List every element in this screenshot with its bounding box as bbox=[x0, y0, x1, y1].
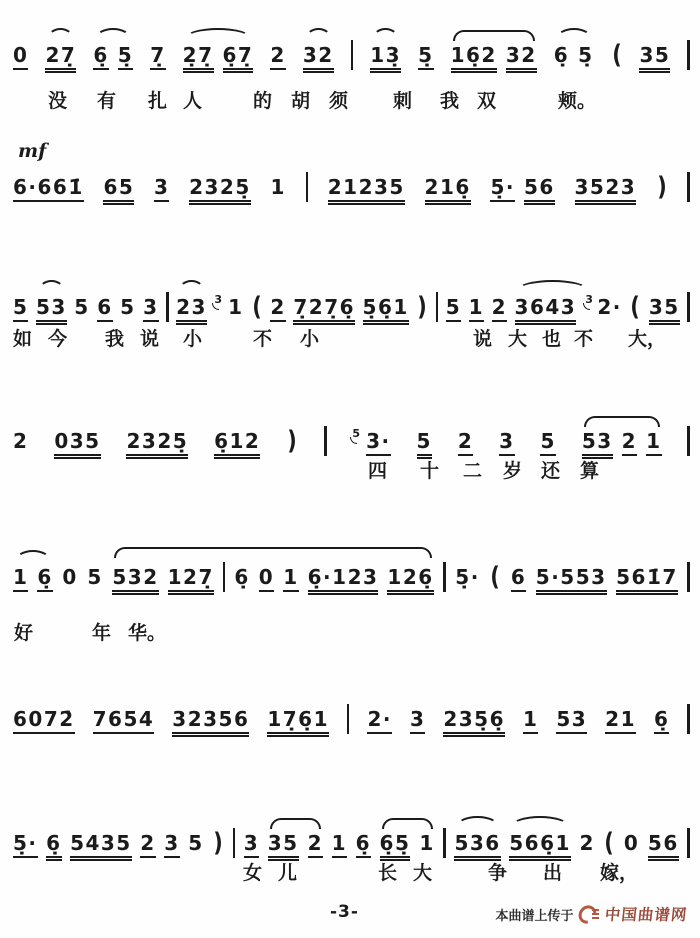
lyrics-line-1: 没有扎人的胡须刺我双颊。 bbox=[0, 86, 700, 112]
slur-group: 536 bbox=[454, 833, 500, 858]
note-group: 6̣ bbox=[356, 833, 371, 858]
note-token: 53 bbox=[556, 709, 587, 734]
note-group: 2 bbox=[492, 297, 507, 322]
note-group: ) bbox=[416, 294, 428, 322]
lyrics-line-4: 四十二岁还算 bbox=[0, 456, 700, 482]
note-token: 126̣ bbox=[387, 567, 433, 592]
note-token: 5̣ bbox=[578, 45, 593, 70]
note-token: 1 bbox=[419, 833, 434, 858]
note-group: 21235 bbox=[328, 177, 405, 202]
slur-group: 23 bbox=[176, 297, 207, 322]
barline bbox=[687, 40, 690, 70]
note-group: 7654 bbox=[93, 709, 155, 734]
lyric-char: 大 bbox=[413, 858, 432, 885]
note-token: 566̣1 bbox=[509, 833, 571, 858]
note-group: ( bbox=[489, 564, 501, 592]
note-token: 2· bbox=[367, 709, 392, 734]
note-group: 3 bbox=[499, 431, 514, 456]
note-group: 2 bbox=[458, 431, 473, 456]
lyric-char: 岁 bbox=[503, 456, 522, 483]
note-group: ( bbox=[603, 830, 615, 858]
music-line-5: 16̣05532127̣6̣016̣·123126̣5̣·(65·553561̇… bbox=[13, 560, 690, 592]
slur-group: 16̣232 bbox=[451, 45, 537, 70]
note-group: ) bbox=[656, 174, 668, 202]
note-token: 127̣ bbox=[168, 567, 214, 592]
lyric-char: 不 bbox=[574, 324, 593, 351]
note-token: 32 bbox=[303, 45, 334, 70]
note-group: 5 bbox=[540, 431, 555, 456]
slur-group: 6̣5̣1 bbox=[380, 833, 435, 858]
note-group: 561̇7 bbox=[616, 567, 678, 592]
lyric-char: 我 bbox=[440, 86, 459, 113]
note-group: 32356 bbox=[172, 709, 249, 734]
note-token: 035 bbox=[54, 431, 100, 456]
note-token: 5 bbox=[540, 431, 555, 456]
note-token: 235̣6̣ bbox=[443, 709, 505, 734]
note-token: 6̣12 bbox=[214, 431, 260, 456]
barline bbox=[324, 426, 327, 456]
parenthesis: ( bbox=[605, 830, 615, 858]
slur-group: 13̣ bbox=[370, 45, 401, 70]
music-line-4: 20352325̣6̣12)53·52355321 bbox=[13, 424, 690, 456]
parenthesis: ) bbox=[657, 174, 667, 202]
note-token: 3 bbox=[244, 833, 259, 858]
note-token: 6̣5̣ bbox=[380, 833, 411, 858]
lyric-char: 说 bbox=[473, 324, 492, 351]
grace-note: 5 bbox=[352, 427, 360, 440]
note-token: 3 bbox=[143, 297, 158, 322]
note-token: 27̣ bbox=[45, 45, 76, 70]
slur-group: 5321 bbox=[582, 431, 662, 456]
lyric-char: 扎 bbox=[148, 86, 167, 113]
note-group: 2325̣ bbox=[189, 177, 251, 202]
note-group: 0 bbox=[13, 45, 28, 70]
note-group: 1 bbox=[270, 177, 285, 202]
lyric-char: 四 bbox=[368, 456, 387, 483]
note-group: 6̣12 bbox=[214, 431, 260, 456]
lyric-char: 颊。 bbox=[558, 86, 596, 113]
slur-group: 352 bbox=[268, 833, 323, 858]
note-group bbox=[687, 426, 690, 456]
note-group bbox=[233, 828, 236, 858]
note-group bbox=[324, 426, 327, 456]
note-token: 3 bbox=[499, 431, 514, 456]
note-token: 7̣27̣6̣ bbox=[293, 297, 355, 322]
slur-group: 2̣7̣6̣7̣ bbox=[183, 45, 254, 70]
lyric-char: 也 bbox=[542, 324, 561, 351]
note-group: 2· bbox=[367, 709, 392, 734]
note-group: 17̣6̣1 bbox=[267, 709, 329, 734]
barline bbox=[687, 292, 690, 322]
lyrics-line-3: 如今我说小不小说大也不大， bbox=[0, 324, 700, 350]
slur-group: 16̣ bbox=[13, 567, 53, 592]
note-token: 16̣2 bbox=[451, 45, 497, 70]
note-group: 5435 bbox=[70, 833, 132, 858]
lyric-char: 小 bbox=[300, 324, 319, 351]
note-group: 2· bbox=[597, 297, 622, 322]
note-group: 53 bbox=[556, 709, 587, 734]
parenthesis: ) bbox=[213, 830, 223, 858]
note-group bbox=[687, 704, 690, 734]
note-token: 6̣ bbox=[234, 567, 249, 592]
parenthesis: ( bbox=[252, 294, 262, 322]
note-group: ( bbox=[611, 42, 623, 70]
slur-group: 566̣1 bbox=[509, 833, 571, 858]
note-token: 21235 bbox=[328, 177, 405, 202]
note-group bbox=[306, 172, 309, 202]
logo-c-shape bbox=[575, 901, 600, 926]
note-group: ( bbox=[629, 294, 641, 322]
lyric-char: 大， bbox=[628, 324, 666, 351]
slur-group: 27̣ bbox=[45, 45, 76, 70]
note-group: 31 bbox=[214, 297, 243, 322]
note-token: 5 bbox=[13, 297, 28, 322]
slur-group: 36433 bbox=[515, 297, 590, 322]
note-token: 3 bbox=[164, 833, 179, 858]
lyric-char: 二 bbox=[463, 456, 482, 483]
note-token: 3· bbox=[366, 431, 391, 456]
note-group bbox=[687, 562, 690, 592]
note-token: 6072̇ bbox=[13, 709, 75, 734]
note-group: 2 bbox=[13, 431, 28, 456]
note-token: 1 bbox=[283, 567, 298, 592]
parenthesis: ) bbox=[287, 428, 297, 456]
note-token: 23 bbox=[176, 297, 207, 322]
note-token: 6 bbox=[511, 567, 526, 592]
note-group: 3 bbox=[164, 833, 179, 858]
lyric-char: 如 bbox=[13, 324, 32, 351]
lyric-char: 刺 bbox=[393, 86, 412, 113]
note-token: 5 bbox=[74, 297, 89, 322]
note-group bbox=[443, 562, 446, 592]
slur-group: 6̣5̣ bbox=[554, 45, 594, 70]
note-token: 32356 bbox=[172, 709, 249, 734]
lyric-char: 说 bbox=[140, 324, 159, 351]
note-token: 1 bbox=[270, 177, 285, 202]
note-token: 2 bbox=[308, 833, 323, 858]
note-token: 2̣7̣ bbox=[183, 45, 214, 70]
note-token: 56 bbox=[648, 833, 679, 858]
slur-group: 32 bbox=[303, 45, 334, 70]
note-token: 3523 bbox=[575, 177, 637, 202]
watermark-site-name: 中国曲谱网 bbox=[604, 903, 689, 925]
note-token: 53 bbox=[36, 297, 67, 322]
note-group: 5 bbox=[120, 297, 135, 322]
note-token: 6̣ bbox=[37, 567, 52, 592]
note-token: 3 bbox=[154, 177, 169, 202]
note-group: 5 bbox=[446, 297, 461, 322]
slur-group: 53 bbox=[36, 297, 67, 322]
barline bbox=[687, 426, 690, 456]
barline bbox=[687, 828, 690, 858]
music-line-6: 6072̇76543235617̣6̣12·3235̣6̣153216̣ bbox=[13, 702, 690, 734]
note-token: 5 bbox=[87, 567, 102, 592]
lyric-char: 嫁， bbox=[600, 858, 638, 885]
lyric-char: 年 bbox=[92, 618, 111, 645]
music-line-7: 5̣·6̣5435235)335216̣6̣5̣1536566̣12(056 bbox=[13, 826, 690, 858]
note-token: 5̣· bbox=[490, 177, 515, 202]
note-group: 2 bbox=[270, 45, 285, 70]
note-token: 2 bbox=[458, 431, 473, 456]
note-group: 6072̇ bbox=[13, 709, 75, 734]
barline bbox=[687, 704, 690, 734]
note-token: 5435 bbox=[70, 833, 132, 858]
note-token: 6̣ bbox=[356, 833, 371, 858]
note-group: 5·553 bbox=[536, 567, 607, 592]
note-group: 35 bbox=[639, 45, 670, 70]
lyric-char: 人 bbox=[183, 86, 202, 113]
watermark: 本曲谱上传于 中国曲谱网 bbox=[495, 903, 688, 925]
note-token: 1 bbox=[523, 709, 538, 734]
note-group: ) bbox=[212, 830, 224, 858]
note-group: 3523 bbox=[575, 177, 637, 202]
note-group: 5 bbox=[87, 567, 102, 592]
note-token: 6̣ bbox=[654, 709, 669, 734]
note-group: 035 bbox=[54, 431, 100, 456]
note-token: 65 bbox=[103, 177, 134, 202]
watermark-text: 本曲谱上传于 bbox=[495, 905, 573, 924]
note-group: 5 bbox=[417, 431, 432, 456]
note-group: 6·661̇ bbox=[13, 177, 84, 202]
sheet-music-page: mf 027̣6̣5̣7̣2̣7̣6̣7̣23213̣5̣16̣2326̣5̣(… bbox=[0, 0, 700, 938]
note-group bbox=[166, 292, 169, 322]
note-token: 2 bbox=[492, 297, 507, 322]
page-number: -3- bbox=[330, 902, 359, 922]
note-token: 3643 bbox=[515, 297, 577, 322]
note-group bbox=[687, 172, 690, 202]
barline bbox=[436, 292, 439, 322]
note-group: 7̣27̣6̣ bbox=[293, 297, 355, 322]
note-token: 2 bbox=[622, 431, 637, 456]
note-token: 0 bbox=[624, 833, 639, 858]
note-group: 56 bbox=[648, 833, 679, 858]
music-line-3: 55356532331(27̣27̣6̣5̣6̣1)512364332·(35 bbox=[13, 290, 690, 322]
note-group: 1 bbox=[469, 297, 484, 322]
note-token: 6̣ bbox=[46, 833, 61, 858]
lyric-char: 大 bbox=[508, 324, 527, 351]
note-group: 3 bbox=[244, 833, 259, 858]
barline bbox=[306, 172, 309, 202]
music-line-2: 6·661̇6532325̣121235216̣5̣·563523) bbox=[13, 170, 690, 202]
note-token: 5̣· bbox=[455, 567, 480, 592]
note-group: 2325̣ bbox=[126, 431, 188, 456]
note-group: 6 bbox=[511, 567, 526, 592]
note-token: 532 bbox=[112, 567, 158, 592]
note-group: 5̣· bbox=[455, 567, 480, 592]
note-token: 7̣ bbox=[150, 45, 165, 70]
note-group: 3 bbox=[143, 297, 158, 322]
note-token: 5̣ bbox=[418, 45, 433, 70]
note-token: 5 bbox=[120, 297, 135, 322]
barline bbox=[687, 172, 690, 202]
barline bbox=[223, 562, 226, 592]
note-token: 1 bbox=[228, 297, 243, 322]
parenthesis: ( bbox=[612, 42, 622, 70]
note-token: 6̣·123 bbox=[308, 567, 379, 592]
lyric-char: 争 bbox=[488, 858, 507, 885]
note-group: 5 bbox=[13, 297, 28, 322]
note-token: 2· bbox=[597, 297, 622, 322]
note-token: 17̣6̣1 bbox=[267, 709, 329, 734]
lyric-char: 好 bbox=[14, 618, 33, 645]
note-group: 7̣ bbox=[150, 45, 165, 70]
music-site-logo-icon bbox=[579, 905, 599, 924]
note-group: ( bbox=[251, 294, 263, 322]
slur-group: 6̣5̣ bbox=[93, 45, 133, 70]
note-group: 6̣ bbox=[46, 833, 61, 858]
lyrics-line-7: 女儿长大争出嫁， bbox=[0, 858, 700, 884]
lyric-char: 华。 bbox=[128, 618, 166, 645]
note-token: 6·661̇ bbox=[13, 177, 84, 202]
note-group bbox=[443, 828, 446, 858]
barline bbox=[351, 40, 354, 70]
note-token: 35 bbox=[639, 45, 670, 70]
note-token: 0 bbox=[62, 567, 77, 592]
note-token: 7654 bbox=[93, 709, 155, 734]
note-group: 0 bbox=[624, 833, 639, 858]
note-group: 1 bbox=[332, 833, 347, 858]
slur-group: 532127̣6̣016̣·123126̣ bbox=[112, 562, 433, 592]
note-group bbox=[436, 292, 439, 322]
note-token: 2 bbox=[270, 297, 285, 322]
note-token: 5̣ bbox=[118, 45, 133, 70]
note-token: 6̣ bbox=[554, 45, 569, 70]
note-group bbox=[687, 292, 690, 322]
parenthesis: ) bbox=[418, 294, 428, 322]
note-token: 2 bbox=[579, 833, 594, 858]
lyric-char: 算 bbox=[580, 456, 599, 483]
note-group: 5 bbox=[188, 833, 203, 858]
parenthesis: ( bbox=[491, 564, 501, 592]
note-token: 2 bbox=[270, 45, 285, 70]
note-token: 5̣· bbox=[13, 833, 38, 858]
note-token: 5̣6̣1 bbox=[363, 297, 409, 322]
note-group: 53· bbox=[352, 431, 390, 456]
lyric-char: 出 bbox=[543, 858, 562, 885]
music-line-1: 027̣6̣5̣7̣2̣7̣6̣7̣23213̣5̣16̣2326̣5̣(35 bbox=[13, 38, 690, 70]
note-group: 2 bbox=[140, 833, 155, 858]
lyrics-line-5: 好年华。 bbox=[0, 618, 700, 644]
note-group: 2 bbox=[579, 833, 594, 858]
note-group bbox=[687, 828, 690, 858]
barline bbox=[687, 562, 690, 592]
barline bbox=[443, 828, 446, 858]
lyric-char: 的 bbox=[253, 86, 272, 113]
note-group: 5 bbox=[74, 297, 89, 322]
barline bbox=[166, 292, 169, 322]
note-token: 53 bbox=[582, 431, 613, 456]
barline bbox=[443, 562, 446, 592]
barline bbox=[347, 704, 350, 734]
lyric-char: 小 bbox=[183, 324, 202, 351]
grace-note: 3 bbox=[585, 293, 593, 306]
note-group bbox=[687, 40, 690, 70]
barline bbox=[233, 828, 236, 858]
note-token: 5 bbox=[446, 297, 461, 322]
note-group: 6̣ bbox=[654, 709, 669, 734]
note-token: 21 bbox=[605, 709, 636, 734]
note-token: 0 bbox=[259, 567, 274, 592]
note-group: 2 bbox=[270, 297, 285, 322]
note-group: 3 bbox=[154, 177, 169, 202]
note-token: 5 bbox=[188, 833, 203, 858]
lyric-char: 有 bbox=[97, 86, 116, 113]
note-token: 35 bbox=[649, 297, 680, 322]
note-token: 5 bbox=[417, 431, 432, 456]
lyric-char: 没 bbox=[48, 86, 67, 113]
lyric-char: 长 bbox=[378, 858, 397, 885]
note-token: 2 bbox=[13, 431, 28, 456]
note-group: 5̣6̣1 bbox=[363, 297, 409, 322]
lyric-char: 不 bbox=[253, 324, 272, 351]
note-token: 561̇7 bbox=[616, 567, 678, 592]
note-group: 216̣ bbox=[425, 177, 471, 202]
note-token: 216̣ bbox=[425, 177, 471, 202]
note-group: 65 bbox=[103, 177, 134, 202]
lyric-char: 十 bbox=[420, 456, 439, 483]
lyric-char: 儿 bbox=[278, 858, 297, 885]
note-group: 35 bbox=[649, 297, 680, 322]
note-token: 5·553 bbox=[536, 567, 607, 592]
lyric-char: 胡 bbox=[291, 86, 310, 113]
note-token: 6̣ bbox=[93, 45, 108, 70]
note-group: 3 bbox=[410, 709, 425, 734]
lyric-char: 双 bbox=[477, 86, 496, 113]
lyric-char: 我 bbox=[105, 324, 124, 351]
note-group: 235̣6̣ bbox=[443, 709, 505, 734]
note-token: 1 bbox=[646, 431, 661, 456]
note-group: 0 bbox=[62, 567, 77, 592]
note-group bbox=[347, 704, 350, 734]
note-token: 536 bbox=[454, 833, 500, 858]
music-systems: 027̣6̣5̣7̣2̣7̣6̣7̣23213̣5̣16̣2326̣5̣(35没… bbox=[0, 0, 700, 938]
note-token: 6̣7̣ bbox=[223, 45, 254, 70]
note-token: 35 bbox=[268, 833, 299, 858]
grace-note: 3 bbox=[214, 293, 222, 306]
note-token: 56 bbox=[524, 177, 555, 202]
note-token: 2325̣ bbox=[189, 177, 251, 202]
lyric-char: 须 bbox=[329, 86, 348, 113]
note-token: 0 bbox=[13, 45, 28, 70]
parenthesis: ( bbox=[631, 294, 641, 322]
note-token: 32 bbox=[506, 45, 537, 70]
lyric-char: 女 bbox=[243, 858, 262, 885]
note-group: ) bbox=[286, 428, 298, 456]
note-group: 5̣·56 bbox=[490, 177, 554, 202]
note-token: 6 bbox=[97, 297, 112, 322]
note-token: 3 bbox=[410, 709, 425, 734]
note-token: 2325̣ bbox=[126, 431, 188, 456]
note-group: 6 bbox=[97, 297, 112, 322]
note-token: 1 bbox=[332, 833, 347, 858]
note-group bbox=[351, 40, 354, 70]
note-token: 1 bbox=[469, 297, 484, 322]
note-group: 1 bbox=[523, 709, 538, 734]
lyric-char: 还 bbox=[541, 456, 560, 483]
note-token: 13̣ bbox=[370, 45, 401, 70]
lyric-char: 今 bbox=[48, 324, 67, 351]
note-token: 1 bbox=[13, 567, 28, 592]
note-group: 5̣ bbox=[418, 45, 433, 70]
note-group: 5̣· bbox=[13, 833, 38, 858]
note-token: 2 bbox=[140, 833, 155, 858]
note-group: 21 bbox=[605, 709, 636, 734]
